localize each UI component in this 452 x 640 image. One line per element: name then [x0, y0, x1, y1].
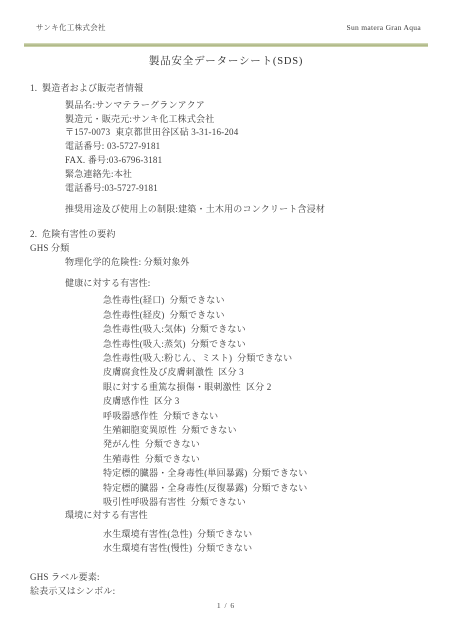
manufacturer-info-list: 製品名:サンマテラーグランアクア 製造元・販売元:サンキ化工株式会社 〒157-… — [0, 99, 452, 196]
page-header: サンキ化工株式会社 Sun matera Gran Aqua — [0, 0, 452, 33]
manufacturer-info-line: 電話番号: 03-5727-9181 — [0, 140, 452, 154]
header-company-name: サンキ化工株式会社 — [36, 23, 106, 33]
health-hazard-item: 呼吸器感作性 分類できない — [0, 409, 452, 423]
health-hazards-heading: 健康に対する有害性: — [0, 277, 452, 291]
manufacturer-info-line: 製造元・販売元:サンキ化工株式会社 — [0, 113, 452, 127]
environment-hazard-item: 水生環境有害性(急性) 分類できない — [0, 528, 452, 542]
health-hazard-item: 発がん性 分類できない — [0, 437, 452, 451]
manufacturer-info-line: 電話番号:03-5727-9181 — [0, 182, 452, 196]
manufacturer-info-line: 〒157-0073 東京都世田谷区砧 3-31-16-204 — [0, 126, 452, 140]
page-number: 1 / 6 — [0, 601, 452, 610]
health-hazard-list: 急性毒性(経口) 分類できない 急性毒性(経皮) 分類できない 急性毒性(吸入:… — [0, 293, 452, 509]
ghs-label-elements-heading: GHS ラベル要素: — [0, 571, 452, 585]
sds-document-page: サンキ化工株式会社 Sun matera Gran Aqua 製品安全データーシ… — [0, 0, 452, 640]
health-hazard-item: 急性毒性(吸入:蒸気) 分類できない — [0, 337, 452, 351]
health-hazard-item: 生殖細胞変異原性 分類できない — [0, 423, 452, 437]
manufacturer-info-line: 緊急連絡先:本社 — [0, 168, 452, 182]
page-title: 製品安全データーシート(SDS) — [0, 55, 452, 69]
physical-hazard-line: 物理化学的危険性: 分類対象外 — [0, 256, 452, 270]
health-hazard-item: 特定標的臓器・全身毒性(単回暴露) 分類できない — [0, 466, 452, 480]
health-hazard-item: 生殖毒性 分類できない — [0, 452, 452, 466]
health-hazard-item: 皮膚感作性 区分 3 — [0, 394, 452, 408]
health-hazard-item: 吸引性呼吸器有害性 分類できない — [0, 495, 452, 509]
manufacturer-info-line: 製品名:サンマテラーグランアクア — [0, 99, 452, 113]
recommended-use-line: 推奨用途及び使用上の制限:建築・土木用のコンクリート含浸材 — [0, 203, 452, 217]
health-hazard-item: 急性毒性(経口) 分類できない — [0, 293, 452, 307]
environment-hazards-heading: 環境に対する有害性 — [0, 509, 452, 523]
section-2-heading: 2. 危険有害性の要約 — [0, 228, 452, 242]
ghs-classification-label: GHS 分類 — [0, 242, 452, 256]
environment-hazard-item: 水生環境有害性(慢性) 分類できない — [0, 542, 452, 556]
environment-hazard-list: 水生環境有害性(急性) 分類できない 水生環境有害性(慢性) 分類できない — [0, 528, 452, 556]
health-hazard-item: 急性毒性(経皮) 分類できない — [0, 308, 452, 322]
health-hazard-item: 眼に対する重篤な損傷・眼刺激性 区分 2 — [0, 380, 452, 394]
section-1-heading: 1. 製造者および販売者情報 — [0, 82, 452, 96]
pictogram-heading: 絵表示又はシンボル: — [0, 585, 452, 599]
health-hazard-item: 急性毒性(吸入:気体) 分類できない — [0, 322, 452, 336]
health-hazard-item: 皮膚腐食性及び皮膚刺激性 区分 3 — [0, 365, 452, 379]
health-hazard-item: 特定標的臓器・全身毒性(反復暴露) 分類できない — [0, 481, 452, 495]
health-hazard-item: 急性毒性(吸入:粉じん、ミスト) 分類できない — [0, 351, 452, 365]
header-product-name: Sun matera Gran Aqua — [346, 23, 421, 33]
header-divider-rule — [24, 43, 428, 47]
manufacturer-info-line: FAX. 番号:03-6796-3181 — [0, 154, 452, 168]
